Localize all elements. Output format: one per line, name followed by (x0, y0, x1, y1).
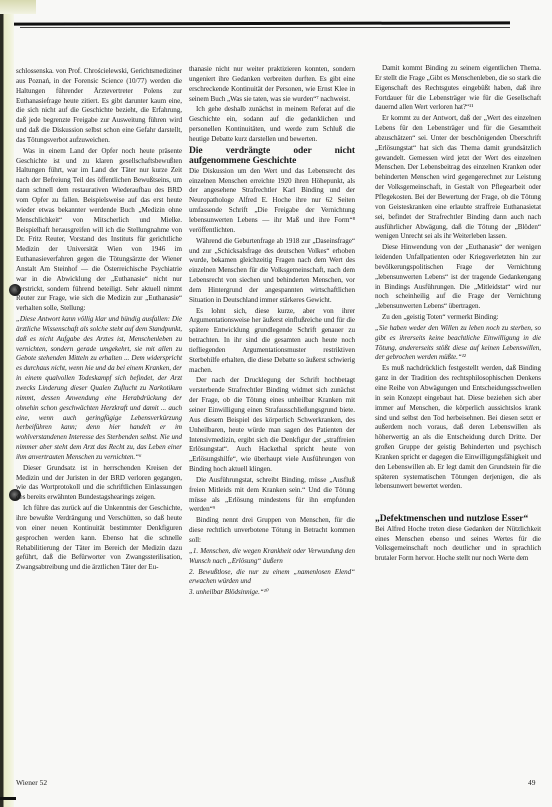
paragraph: Während die Geburtenfrage ab 1918 zur „D… (189, 237, 355, 306)
text-column-3: Damit kommt Binding zu seinem eigentlich… (375, 64, 541, 564)
paragraph: Der nach der Drucklegung der Schrift hoc… (189, 376, 355, 474)
header-rule (14, 21, 510, 25)
paragraph: Damit kommt Binding zu seinem eigentlich… (375, 64, 541, 113)
page-number: 49 (528, 778, 536, 787)
list-item-quote: „1. Menschen, die wegen Krankheit oder V… (189, 547, 355, 567)
list-item-quote: 2. Bewußtlose, die nur zu einem „namenlo… (189, 568, 355, 588)
paragraph: Ich führe das zurück auf die Unkenntnis … (16, 504, 182, 573)
journal-footer: Wiener 52 (16, 778, 47, 787)
paragraph: Was in einem Land der Opfer noch heute p… (16, 147, 182, 314)
list-item-quote: 3. unheilbar Blödsinnige.“¹⁰ (189, 588, 355, 598)
paragraph: Diese Hinwendung von der „Euthanasie“ de… (375, 243, 541, 312)
text-column-1: schlossenska. von Prof. Chrościelewski, … (16, 67, 182, 573)
section-heading: „Defektmenschen und nutzlose Esser“ (375, 514, 541, 525)
paragraph: Zu den „geistig Toten“ vermerkt Binding: (375, 313, 541, 323)
section-heading: Die verdrängte oder nicht aufgenommene G… (189, 146, 355, 167)
paragraph: Die Diskussion um den Wert und das Leben… (189, 167, 355, 236)
paragraph: Bei Alfred Hoche treten diese Gedanken d… (375, 525, 541, 564)
page-binding-edge (0, 0, 14, 807)
paragraph: Ich gehe deshalb zunächst in meinem Refe… (189, 105, 355, 144)
paragraph: Es muß nachdrücklich festgestellt werden… (375, 364, 541, 492)
paragraph: Dieser Grundsatz ist in herrschenden Kre… (16, 464, 182, 503)
text-column-2: thanasie nicht nur weiter praktizieren k… (189, 65, 355, 598)
block-quote: „Diese Antwort kann völlig klar und bünd… (16, 315, 182, 463)
binding-mark (0, 797, 16, 800)
paragraph: Es lohnt sich, diese kurze, aber von ihr… (189, 307, 355, 376)
block-quote: „Sie haben weder den Willen zu leben noc… (375, 324, 541, 363)
paragraph: Binding nennt drei Gruppen von Menschen,… (189, 516, 355, 546)
paragraph: Die Ausführungstat, schreibt Binding, mü… (189, 476, 355, 515)
page-binding-corner (0, 0, 36, 14)
header-rule-thin (20, 27, 510, 28)
paragraph: Er kommt zu der Antwort, daß der „Wert d… (375, 114, 541, 242)
paragraph: thanasie nicht nur weiter praktizieren k… (189, 65, 355, 104)
paragraph: schlossenska. von Prof. Chrościelewski, … (16, 67, 182, 146)
